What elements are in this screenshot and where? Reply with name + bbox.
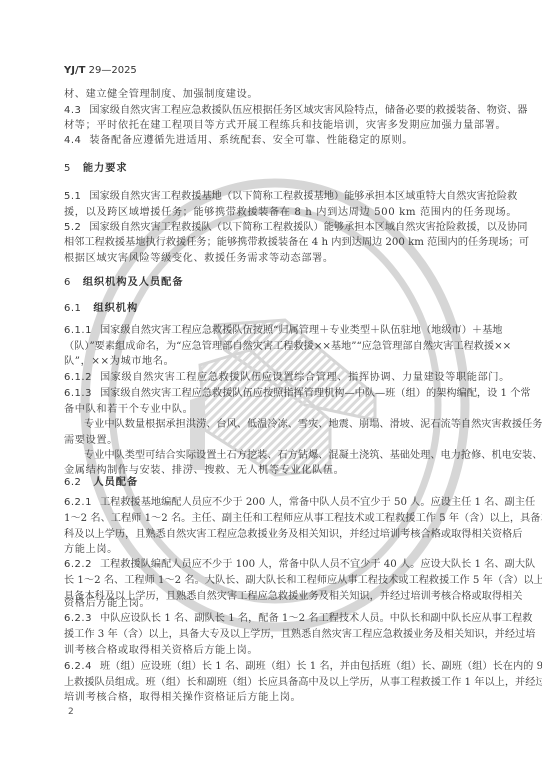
section-heading: 6组织机构及人员配备 [64,276,184,289]
line-text: 材等；平时依托在建工程项目等方式开展工程练兵和技能培训，灾害多发期应加强力量部署… [64,120,506,131]
text-line: （队）”要素组成命名，为“应急管理部自然灾害工程救援××基地”“应急管理部自然灾… [64,340,483,353]
line-text: 工程救援队编配人员应不少于 100 人，常备中队人员不宜少于 40 人。应设大队… [100,559,535,570]
text-line: 方能上岗。 [64,543,118,556]
line-text: 队”，××为城市地名。 [64,356,174,367]
line-text: 装备配备应遵循先进适用、系统配套、安全可靠、性能稳定的原则。 [89,135,413,146]
text-line: 援工作 3 年（含）以上，具备大专及以上学历，且熟悉自然灾害工程应急救援业务及相… [64,628,483,641]
line-text: 援工作 3 年（含）以上，具备大专及以上学历，且熟悉自然灾害工程应急救援业务及相… [64,629,535,640]
section-number: 6 [64,276,71,289]
text-line: 训考核合格或取得相关资格后方能上岗。 [64,644,258,657]
clause-line: 5.2国家级自然灾害工程救援队（以下简称工程救援队）能够承担本区域自然灾害抢险救… [64,221,483,234]
line-text: 根据区域灾害风险等级变化、救援任务需求等动态部署。 [64,253,334,264]
clause-line: 5.1国家级自然灾害工程救援基地（以下简称工程救援基地）能够承担本区域重特大自然… [64,190,483,203]
line-text: 班（组）应设班（组）长 1 名、副班（组）长 1 名，并由包括班（组）长、副班（… [100,661,542,672]
line-text: （队）”要素组成命名，为“应急管理部自然灾害工程救援××基地”“应急管理部自然灾… [64,341,511,352]
line-text: 备中队和若干个专业中队。 [64,404,193,415]
text-line: 需要设置。 [64,434,118,447]
line-text: 材、建立健全管理制度、加强制度建设。 [64,89,258,100]
clause-number: 6.1.3 [64,387,92,400]
clause-line: 6.2.3中队应设队长 1 名、副队长 1 名，配备 1～2 名工程技术人员。中… [64,612,483,625]
clause-line: 6.1.2国家级自然灾害工程应急救援队伍应设置综合管理、指挥协调、力量建设等职能… [64,371,510,384]
line-text: 1～2 名、工程师 1～2 名。主任、副主任和工程师应从事工程技术或工程救援工作… [64,513,542,524]
section-title: 组织机构 [93,303,138,314]
line-text: 长 1～2 名、工程师 1～2 名。大队长、副大队长和工程师应从事工程技术或工程… [64,575,542,586]
line-text: 专业中队类型可结合实际设置土石方挖装、石方钻爆、混凝土浇筑、基础处理、电力抢修、… [84,450,542,461]
clause-line: 6.2.1工程救援基地编配人员应不少于 200 人，常备中队人员不宜少于 50 … [64,496,483,509]
section-heading: 6.2人员配备 [64,476,138,489]
clause-line: 6.2.2工程救援队编配人员应不少于 100 人，常备中队人员不宜少于 40 人… [64,558,483,571]
line-text: 国家级自然灾害工程应急救援队伍按照“归属管理＋专业类型＋队伍驻地（地级市）＋基地 [100,325,503,336]
clause-number: 5.1 [64,190,81,203]
section-title: 组织机构及人员配备 [83,277,184,288]
line-text: 国家级自然灾害工程应急救援队伍应设置综合管理、指挥协调、力量建设等职能部门。 [100,372,510,383]
clause-number: 6.2.3 [64,612,92,625]
document-number: 29—2025 [89,65,137,76]
section-heading: 6.1组织机构 [64,302,138,315]
clause-number: 6.2.1 [64,496,92,509]
text-line: 材等；平时依托在建工程项目等方式开展工程练兵和技能培训，灾害多发期应加强力量部署… [64,119,506,132]
document-prefix: YJ/T [64,65,85,76]
text-line: 培训考核合格，取得相关操作资格证后方能上岗。 [64,691,301,704]
line-text: 需要设置。 [64,435,118,446]
page-number: 2 [68,707,74,717]
section-title: 人员配备 [93,477,138,488]
section-heading: 5能力要求 [64,162,128,175]
text-line: 科及以上学历，且熟悉自然灾害工程应急救援业务及相关知识，并经过培训考核合格或取得… [64,528,483,541]
line-text: 训考核合格或取得相关资格后方能上岗。 [64,645,258,656]
line-text: 专业中队数量根据承担洪涝、台风、低温冷冻、雪灾、地震、崩塌、滑坡、泥石流等自然灾… [84,419,542,430]
text-line: 资格后方能上岗。 [64,597,150,610]
line-text: 资格后方能上岗。 [64,598,150,609]
text-line: 备中队和若干个专业中队。 [64,403,193,416]
clause-number: 6.2.4 [64,660,92,673]
text-line: 援，以及跨区域增援任务；能够携带救援装备在 8 h 内到达周边 500 km 范… [64,206,517,219]
clause-number: 6.1.1 [64,324,92,337]
clause-number: 4.3 [64,104,81,117]
clause-line: 6.2.4班（组）应设班（组）长 1 名、副班（组）长 1 名，并由包括班（组）… [64,660,483,673]
text-line: 上救援队员组成。班（组）长和副班（组）长应具备高中及以上学历，从事工程救援工作 … [64,676,483,689]
section-title: 能力要求 [83,163,128,174]
line-text: 中队应设队长 1 名、副队长 1 名，配备 1～2 名工程技术人员。中队长和副中… [100,613,532,624]
line-text: 国家级自然灾害工程救援基地（以下简称工程救援基地）能够承担本区域重特大自然灾害抢… [89,191,517,202]
text-line: 材、建立健全管理制度、加强制度建设。 [64,88,258,101]
line-text: 培训考核合格，取得相关操作资格证后方能上岗。 [64,692,301,703]
line-text: 国家级自然灾害工程应急救援队伍应按照指挥管理机构—中队—班（组）的架构编配，设 … [100,388,531,399]
text-line: 相邻工程救援基地执行救援任务；能够携带救援装备在 4 h 内到达周边 200 k… [64,236,483,249]
text-line: 专业中队类型可结合实际设置土石方挖装、石方钻爆、混凝土浇筑、基础处理、电力抢修、… [84,449,483,462]
section-number: 6.1 [64,302,81,315]
text-line: 根据区域灾害风险等级变化、救援任务需求等动态部署。 [64,252,334,265]
line-text: 金属结构制作与安装、排涝、搜救、无人机等专业化队伍。 [64,465,344,476]
section-number: 6.2 [64,476,81,489]
line-text: 工程救援基地编配人员应不少于 200 人，常备中队人员不宜少于 50 人。应设主… [100,497,535,508]
text-line: 专业中队数量根据承担洪涝、台风、低温冷冻、雪灾、地震、崩塌、滑坡、泥石流等自然灾… [84,418,483,431]
text-line: 长 1～2 名、工程师 1～2 名。大队长、副大队长和工程师应从事工程技术或工程… [64,574,483,587]
line-text: 方能上岗。 [64,544,118,555]
line-text: 上救援队员组成。班（组）长和副班（组）长应具备高中及以上学历，从事工程救援工作 … [64,677,542,688]
clause-number: 6.2.2 [64,558,92,571]
text-line: 1～2 名、工程师 1～2 名。主任、副主任和工程师应从事工程技术或工程救援工作… [64,512,483,525]
clause-number: 4.4 [64,134,81,147]
line-text: 相邻工程救援基地执行救援任务；能够携带救援装备在 4 h 内到达周边 200 k… [64,237,529,248]
line-text: 科及以上学历，且熟悉自然灾害工程应急救援业务及相关知识，并经过培训考核合格或取得… [64,529,522,540]
document-code: YJ/T 29—2025 [64,65,137,76]
clause-line: 6.1.1国家级自然灾害工程应急救援队伍按照“归属管理＋专业类型＋队伍驻地（地级… [64,324,483,337]
text-line: 队”，××为城市地名。 [64,355,174,368]
section-number: 5 [64,162,71,175]
clause-number: 5.2 [64,221,81,234]
line-text: 援，以及跨区域增援任务；能够携带救援装备在 8 h 内到达周边 500 km 范… [64,207,517,218]
clause-line: 4.3国家级自然灾害工程应急救援队伍应根据任务区域灾害风险特点，储备必要的救援装… [64,104,483,117]
clause-line: 6.1.3国家级自然灾害工程应急救援队伍应按照指挥管理机构—中队—班（组）的架构… [64,387,483,400]
line-text: 国家级自然灾害工程救援队（以下简称工程救援队）能够承担本区域自然灾害抢险救援，以… [89,222,527,233]
clause-line: 4.4装备配备应遵循先进适用、系统配套、安全可靠、性能稳定的原则。 [64,134,413,147]
line-text: 国家级自然灾害工程应急救援队伍应根据任务区域灾害风险特点，储备必要的救援装备、物… [89,105,527,116]
clause-number: 6.1.2 [64,371,92,384]
